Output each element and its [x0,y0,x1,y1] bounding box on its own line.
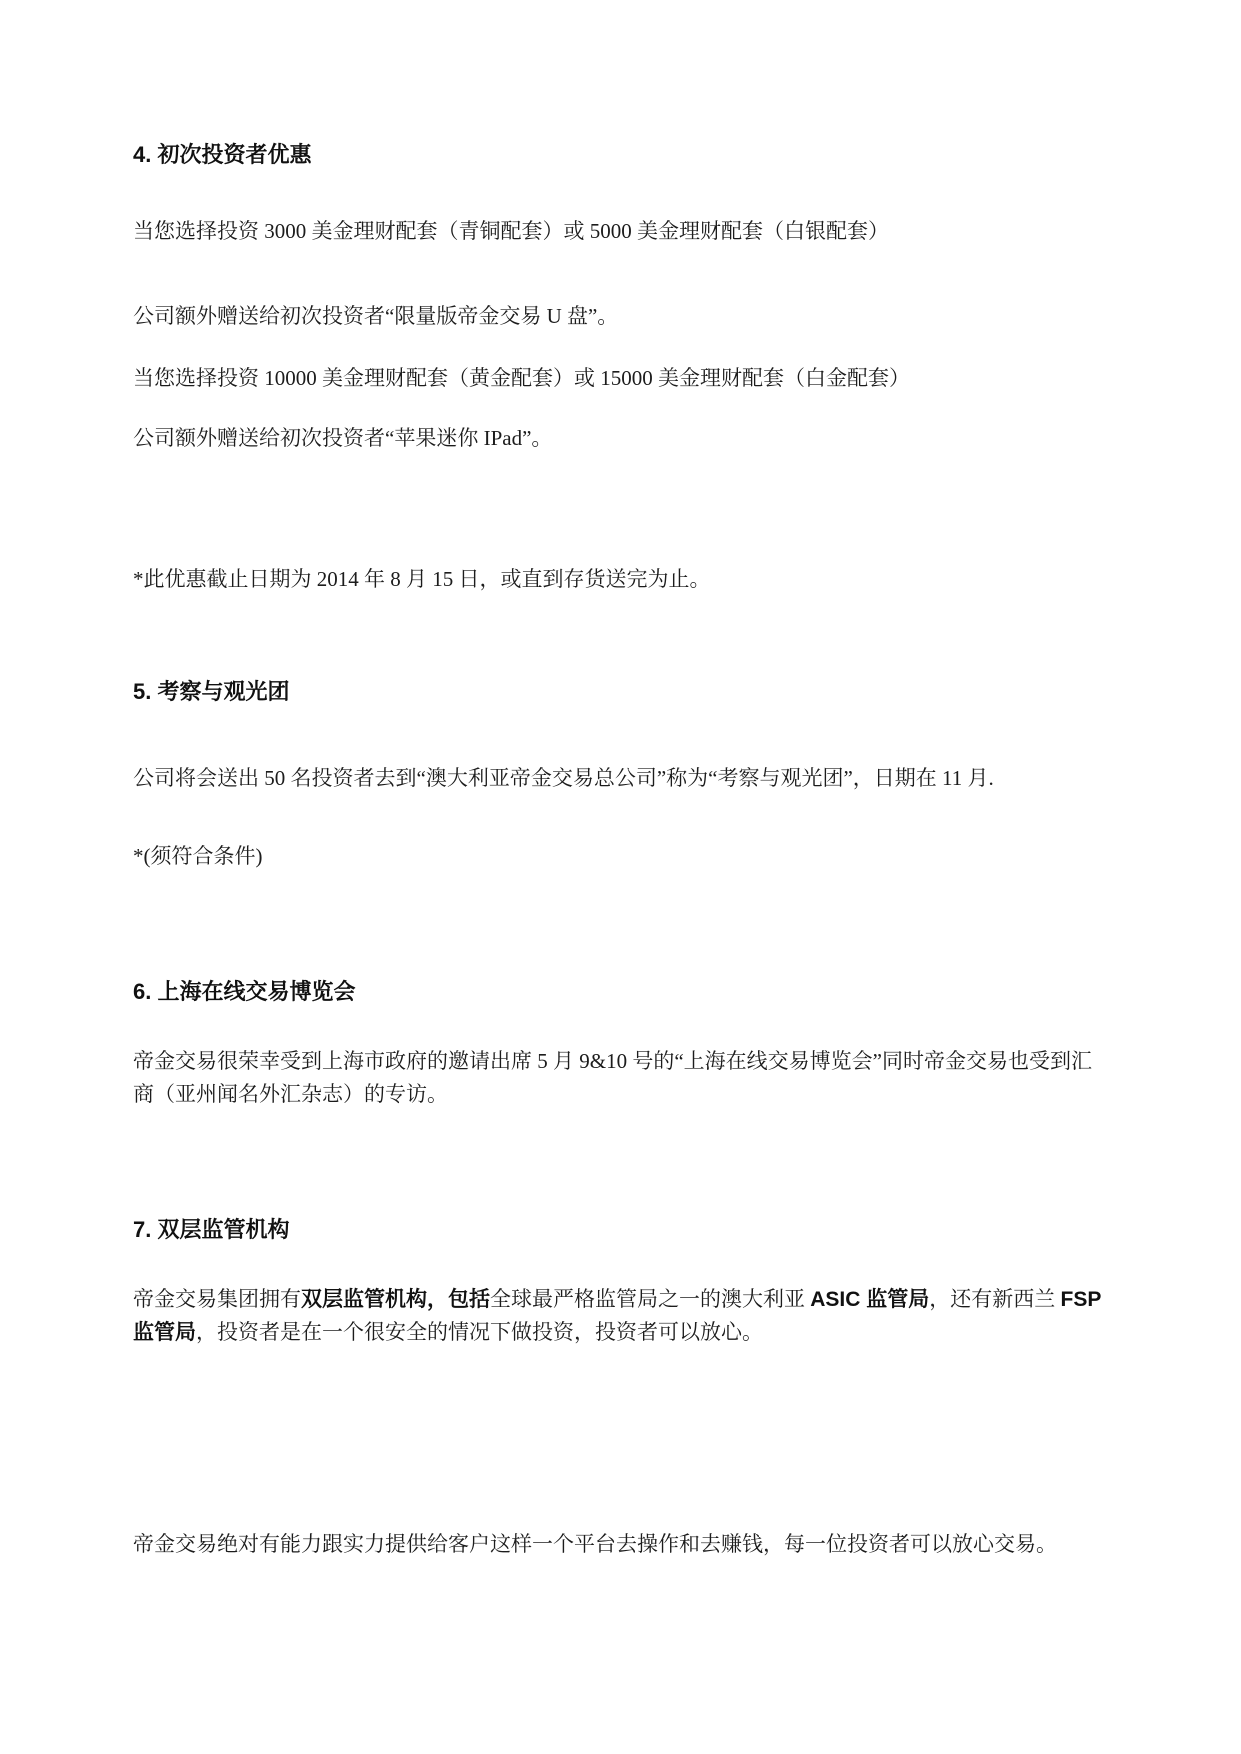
section4-para-deadline: *此优惠截止日期为 2014 年 8 月 15 日，或直到存货送完为止。 [133,563,1110,596]
section4-para-usb-gift: 公司额外赠送给初次投资者“限量版帝金交易 U 盘”。 [133,300,1110,333]
regulation-run-normal-4: ，投资者是在一个很安全的情况下做投资，投资者可以放心。 [196,1320,763,1344]
regulation-run-normal-2: 全球最严格监管局之一的澳大利亚 [490,1287,810,1311]
section6-para-expo: 帝金交易很荣幸受到上海市政府的邀请出席 5 月 9&10 号的“上海在线交易博览… [133,1045,1110,1111]
section7-para-closing: 帝金交易绝对有能力跟实力提供给客户这样一个平台去操作和去赚钱，每一位投资者可以放… [133,1528,1110,1561]
regulation-run-bold-asic: ASIC 监管局 [810,1288,929,1311]
section4-para-bronze-silver: 当您选择投资 3000 美金理财配套（青铜配套）或 5000 美金理财配套（白银… [133,215,1110,248]
section5-heading: 5. 考察与观光团 [133,680,1110,704]
document-page: 4. 初次投资者优惠 当您选择投资 3000 美金理财配套（青铜配套）或 500… [0,0,1241,1754]
section7-para-regulation: 帝金交易集团拥有双层监管机构，包括全球最严格监管局之一的澳大利亚 ASIC 监管… [133,1283,1110,1349]
section6-heading: 6. 上海在线交易博览会 [133,980,1110,1004]
section4-para-gold-platinum: 当您选择投资 10000 美金理财配套（黄金配套）或 15000 美金理财配套（… [133,362,1110,395]
section5-para-tour: 公司将会送出 50 名投资者去到“澳大利亚帝金交易总公司”称为“考察与观光团”，… [133,762,1110,795]
regulation-run-normal-3: ，还有新西兰 [929,1287,1060,1311]
section4-para-ipad-gift: 公司额外赠送给初次投资者“苹果迷你 IPad”。 [133,422,1110,455]
section7-heading: 7. 双层监管机构 [133,1218,1110,1242]
regulation-run-bold-dual-regulators: 双层监管机构，包括 [301,1288,490,1311]
regulation-run-normal-1: 帝金交易集团拥有 [133,1287,301,1311]
section4-heading: 4. 初次投资者优惠 [133,143,1110,167]
section5-para-condition: *(须符合条件) [133,840,1110,873]
